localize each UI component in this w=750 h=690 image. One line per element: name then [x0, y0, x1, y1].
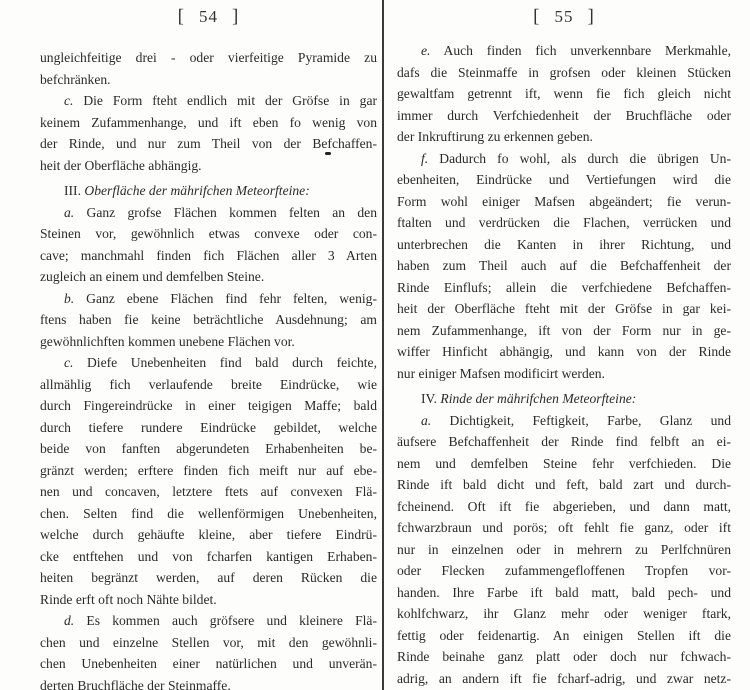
text-line: durch tiefere rundere Eindrücke gebildet…: [40, 417, 377, 439]
bracket-close: ]: [588, 6, 595, 27]
line-text: derten Bruchfläche der Steinmaffe.: [40, 678, 231, 690]
text-line: dafs die Steinmaffe in grofsen oder klei…: [397, 62, 731, 84]
line-text: Rinde Einflufs; allein die verfchiedene …: [397, 280, 731, 295]
text-line: unterbrechen die Kanten in ihrer Richtun…: [397, 234, 731, 256]
text-line: chen. Selten find die wellenförmigen Une…: [40, 503, 377, 525]
page-gutter-divider: [382, 0, 384, 690]
text-line: kohlfchwarz, ihr Glanz mehr oder weniger…: [397, 603, 731, 625]
text-line: zugleich an einem und demfelben Steine.: [40, 266, 377, 288]
line-text: nem Zufammenhange, ift von der Form nur …: [397, 323, 731, 338]
line-text: chen und einzelne Stellen vor, mit den g…: [40, 635, 377, 650]
line-text: Auch finden fich unverkennbare Merkmahle…: [430, 43, 731, 58]
text-line: wiffer Hinficht abhängig, und kann von d…: [397, 341, 731, 363]
line-text: äufsere Befchaffenheit der Rinde find fe…: [397, 434, 731, 449]
text-line: c. Diefe Unebenheiten find bald durch fe…: [40, 352, 377, 374]
text-line: fcheinend. Oft ift fie abgerieben, und d…: [397, 496, 731, 518]
text-line: b. Ganz ebene Flächen find fehr felten, …: [40, 288, 377, 310]
text-line: nur in einzelnen oder in mehrern zu Perl…: [397, 539, 731, 561]
text-line: ebenheiten, Eindrücke und Vertiefungen w…: [397, 169, 731, 191]
line-text: adrig, an andern ift fie fcharf-adrig, u…: [397, 671, 731, 686]
left-page-body: ungleichfeitige drei - oder vierfeitige …: [40, 47, 377, 690]
line-text: Ganz ebene Flächen find fehr felten, wen…: [74, 291, 377, 306]
text-line: beide von fanften abgerundeten Erhabenhe…: [40, 438, 377, 460]
text-line: Rinde beinahe ganz platt oder doch nur f…: [397, 646, 731, 668]
text-line: der Inkruftirung zu erkennen geben.: [397, 126, 731, 148]
ink-speck: [325, 152, 331, 155]
line-text: fchwarzbraun und porös; oft fehlt fie ga…: [397, 520, 731, 535]
line-text: befchränken.: [40, 72, 111, 87]
book-spread: [54] ungleichfeitige drei - oder vierfei…: [0, 0, 750, 690]
line-text: gränzt werden; erftere finden fich meift…: [40, 463, 377, 478]
text-line: ftens haben fie keine beträchtliche Ausd…: [40, 309, 377, 331]
text-line: d. Es kommen auch gröfsere und kleinere …: [40, 610, 377, 632]
line-text: heit der Oberfläche abhängig.: [40, 158, 202, 173]
section-heading: IV. Rinde der mährifchen Meteorfteine:: [397, 388, 731, 410]
text-line: Steinen vor, gewöhnlich etwas convexe od…: [40, 223, 377, 245]
section-numeral: IV.: [421, 391, 437, 406]
line-text: Dadurch fo wohl, als durch die übrigen U…: [428, 151, 731, 166]
text-line: ungleichfeitige drei - oder vierfeitige …: [40, 47, 377, 69]
text-line: chen und einzelne Stellen vor, mit den g…: [40, 632, 377, 654]
text-line: gewöhnlichften kommen unebene Flächen vo…: [40, 331, 377, 353]
line-text: Es kommen auch gröfsere und kleinere Flä…: [74, 613, 377, 628]
line-text: Die Form fteht endlich mit der Gröfse in…: [73, 93, 377, 108]
text-line: f. Dadurch fo wohl, als durch die übrige…: [397, 148, 731, 170]
text-line: nem Zufammenhange, ift von der Form nur …: [397, 320, 731, 342]
text-line: immer durch Verfchiedenheit der Bruchflä…: [397, 105, 731, 127]
line-text: dafs die Steinmaffe in grofsen oder klei…: [397, 65, 731, 80]
line-text: durch tiefere rundere Eindrücke gebildet…: [40, 420, 377, 435]
text-line: c. Die Form fteht endlich mit der Gröfse…: [40, 90, 377, 112]
line-text: Dichtigkeit, Feftigkeit, Farbe, Glanz un…: [431, 413, 731, 428]
line-text: ungleichfeitige drei - oder vierfeitige …: [40, 50, 377, 65]
text-line: nem und demfelben Steine fehr verfchiede…: [397, 453, 731, 475]
line-text: der Rinde, und nur zum Theil von der Bef…: [40, 136, 377, 151]
line-text: nem und demfelben Steine fehr verfchiede…: [397, 456, 731, 471]
text-line: allmählig fich verlaufende breite Eindrü…: [40, 374, 377, 396]
text-line: cke entftehen und von fcharfen kantigen …: [40, 546, 377, 568]
line-text: Ganz grofse Flächen kommen felten an den: [74, 205, 377, 220]
line-text: Form wohl einiger Mafsen abgeändert; fie…: [397, 194, 731, 209]
line-text: beide von fanften abgerundeten Erhabenhe…: [40, 441, 377, 456]
line-text: chen. Selten find die wellenförmigen Une…: [40, 506, 377, 521]
line-text: cke entftehen und von fcharfen kantigen …: [40, 549, 377, 564]
line-text: allmählig fich verlaufende breite Eindrü…: [40, 377, 377, 392]
text-line: chen Unebenheiten einer natürlichen und …: [40, 653, 377, 675]
text-line: heit der Oberfläche abhängig.: [40, 155, 377, 177]
line-text: chen Unebenheiten einer natürlichen und …: [40, 656, 377, 671]
text-line: keinem Zufammenhange, und ift eben fo we…: [40, 112, 377, 134]
line-text: Rinde erft oft noch Nähte bildet.: [40, 592, 217, 607]
line-text: welche durch gehäufte kleine, aber tiefe…: [40, 527, 377, 542]
text-line: heit der Oberfläche fteht mit der Gröfse…: [397, 298, 731, 320]
line-text: nur in einzelnen oder in mehrern zu Perl…: [397, 542, 731, 557]
text-line: Form wohl einiger Mafsen abgeändert; fie…: [397, 191, 731, 213]
paragraph-label: a.: [421, 413, 431, 428]
line-text: Steinen vor, gewöhnlich etwas convexe od…: [40, 226, 377, 241]
text-line: gewaltfam getrennt ift, wenn fie fich gl…: [397, 83, 731, 105]
text-line: e. Auch finden fich unverkennbare Merkma…: [397, 40, 731, 62]
paragraph-label: a.: [64, 205, 74, 220]
line-text: kohlfchwarz, ihr Glanz mehr oder weniger…: [397, 606, 731, 621]
section-title: Rinde der mährifchen Meteorfteine:: [437, 391, 636, 406]
text-line: a. Dichtigkeit, Feftigkeit, Farbe, Glanz…: [397, 410, 731, 432]
bracket-open: [: [178, 6, 185, 27]
text-line: äufsere Befchaffenheit der Rinde find fe…: [397, 431, 731, 453]
line-text: nen und concaven, letztere ftets auf con…: [40, 484, 377, 499]
line-text: fettig oder feidenartig. An einigen Stel…: [397, 628, 731, 643]
section-numeral: III.: [64, 183, 81, 198]
text-line: befchränken.: [40, 69, 377, 91]
text-line: Rinde Einflufs; allein die verfchiedene …: [397, 277, 731, 299]
line-text: gewaltfam getrennt ift, wenn fie fich gl…: [397, 86, 731, 101]
line-text: durch Fingereindrücke in einer teigigen …: [40, 398, 377, 413]
text-line: a. Ganz grofse Flächen kommen felten an …: [40, 202, 377, 224]
right-page-body: e. Auch finden fich unverkennbare Merkma…: [397, 40, 731, 689]
text-line: Rinde erft oft noch Nähte bildet.: [40, 589, 377, 611]
text-line: adrig, an andern ift fie fcharf-adrig, u…: [397, 668, 731, 690]
line-text: Rinde beinahe ganz platt oder doch nur f…: [397, 649, 731, 664]
text-line: cave; manchmahl finden fich Flächen alle…: [40, 245, 377, 267]
text-line: gränzt werden; erftere finden fich meift…: [40, 460, 377, 482]
line-text: haben zum Theil auch auf die Befchaffenh…: [397, 258, 731, 273]
line-text: oder Flecken zufammengefloffenen Tropfen…: [397, 563, 731, 578]
bracket-open: [: [533, 6, 540, 27]
page-number-value: 55: [555, 7, 574, 26]
text-line: Rinde ift bald dicht und feft, bald zart…: [397, 474, 731, 496]
line-text: handen. Ihre Farbe ift bald matt, bald p…: [397, 585, 731, 600]
bracket-close: ]: [232, 6, 239, 27]
line-text: der Inkruftirung zu erkennen geben.: [397, 129, 593, 144]
text-line: oder Flecken zufammengefloffenen Tropfen…: [397, 560, 731, 582]
text-line: fettig oder feidenartig. An einigen Stel…: [397, 625, 731, 647]
line-text: wiffer Hinficht abhängig, und kann von d…: [397, 344, 731, 359]
text-line: nur einiger Mafsen modificirt werden.: [397, 363, 731, 385]
line-text: keinem Zufammenhange, und ift eben fo we…: [40, 115, 377, 130]
line-text: ftens haben fie keine beträchtliche Ausd…: [40, 312, 377, 327]
section-heading: III. Oberfläche der mährifchen Meteorfte…: [40, 180, 377, 202]
line-text: fcheinend. Oft ift fie abgerieben, und d…: [397, 499, 731, 514]
line-text: cave; manchmahl finden fich Flächen alle…: [40, 248, 377, 263]
line-text: ftalten und verdrücken die Flachen, verr…: [397, 215, 731, 230]
text-line: haben zum Theil auch auf die Befchaffenh…: [397, 255, 731, 277]
text-line: nen und concaven, letztere ftets auf con…: [40, 481, 377, 503]
paragraph-label: b.: [64, 291, 74, 306]
text-line: welche durch gehäufte kleine, aber tiefe…: [40, 524, 377, 546]
section-title: Oberfläche der mährifchen Meteorfteine:: [81, 183, 310, 198]
line-text: heit der Oberfläche fteht mit der Gröfse…: [397, 301, 731, 316]
text-line: handen. Ihre Farbe ift bald matt, bald p…: [397, 582, 731, 604]
line-text: unterbrechen die Kanten in ihrer Richtun…: [397, 237, 731, 252]
line-text: gewöhnlichften kommen unebene Flächen vo…: [40, 334, 295, 349]
text-line: durch Fingereindrücke in einer teigigen …: [40, 395, 377, 417]
text-line: fchwarzbraun und porös; oft fehlt fie ga…: [397, 517, 731, 539]
line-text: nur einiger Mafsen modificirt werden.: [397, 366, 605, 381]
right-page-number: [55]: [397, 6, 731, 28]
line-text: Rinde ift bald dicht und feft, bald zart…: [397, 477, 731, 492]
line-text: heiten begränzt werden, auf deren Rücken…: [40, 570, 377, 585]
line-text: immer durch Verfchiedenheit der Bruchflä…: [397, 108, 731, 123]
page-number-value: 54: [199, 7, 218, 26]
text-line: ftalten und verdrücken die Flachen, verr…: [397, 212, 731, 234]
line-text: ebenheiten, Eindrücke und Vertiefungen w…: [397, 172, 731, 187]
text-line: derten Bruchfläche der Steinmaffe.: [40, 675, 377, 690]
paragraph-label: d.: [64, 613, 74, 628]
text-line: heiten begränzt werden, auf deren Rücken…: [40, 567, 377, 589]
line-text: zugleich an einem und demfelben Steine.: [40, 269, 264, 284]
left-page-number: [54]: [40, 6, 377, 28]
line-text: Diefe Unebenheiten find bald durch feich…: [73, 355, 377, 370]
